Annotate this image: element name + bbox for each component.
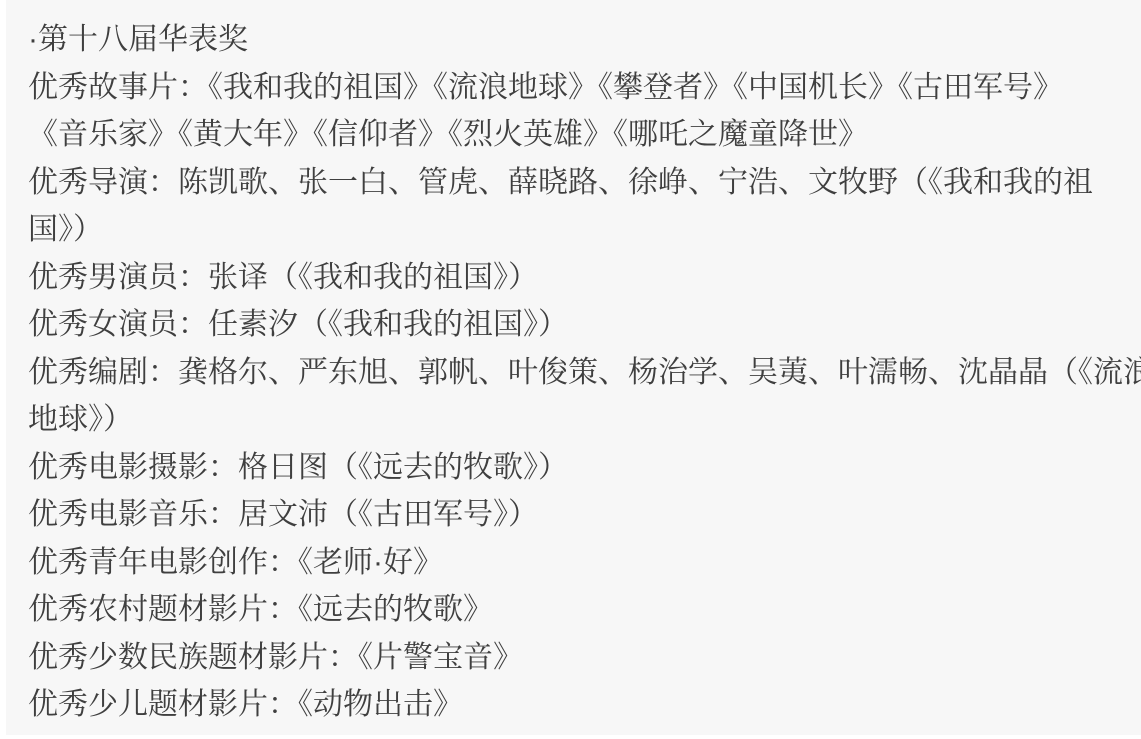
best-picture-line-1: 优秀故事片：《我和我的祖国》《流浪地球》《攀登者》《中国机长》《古田军号》 bbox=[28, 64, 1128, 112]
rural-theme-film-line: 优秀农村题材影片：《远去的牧歌》 bbox=[28, 586, 1128, 634]
awards-article-text: ·第十八届华表奖 优秀故事片：《我和我的祖国》《流浪地球》《攀登者》《中国机长》… bbox=[28, 16, 1128, 729]
children-film-line: 优秀少儿题材影片：《动物出击》 bbox=[28, 681, 1128, 729]
best-film-music-line: 优秀电影音乐：居文沛（《古田军号》） bbox=[28, 491, 1128, 539]
best-screenplay-line-2: 地球》） bbox=[28, 396, 1128, 444]
ethnic-minority-film-line: 优秀少数民族题材影片：《片警宝音》 bbox=[28, 634, 1128, 682]
section-title: ·第十八届华表奖 bbox=[28, 16, 1128, 64]
best-actress-line: 优秀女演员：任素汐（《我和我的祖国》） bbox=[28, 301, 1128, 349]
outstanding-youth-film-line: 优秀青年电影创作：《老师·好》 bbox=[28, 539, 1128, 587]
best-picture-line-2: 《音乐家》《黄大年》《信仰者》《烈火英雄》《哪吒之魔童降世》 bbox=[28, 111, 1128, 159]
best-director-line-1: 优秀导演：陈凯歌、张一白、管虎、薛晓路、徐峥、宁浩、文牧野（《我和我的祖 bbox=[28, 159, 1128, 207]
best-actor-line: 优秀男演员：张译（《我和我的祖国》） bbox=[28, 254, 1128, 302]
best-cinematography-line: 优秀电影摄影：格日图（《远去的牧歌》） bbox=[28, 444, 1128, 492]
best-director-line-2: 国》） bbox=[28, 206, 1128, 254]
best-screenplay-line-1: 优秀编剧：龚格尔、严东旭、郭帆、叶俊策、杨治学、吴荑、叶濡畅、沈晶晶（《流浪 bbox=[28, 349, 1128, 397]
